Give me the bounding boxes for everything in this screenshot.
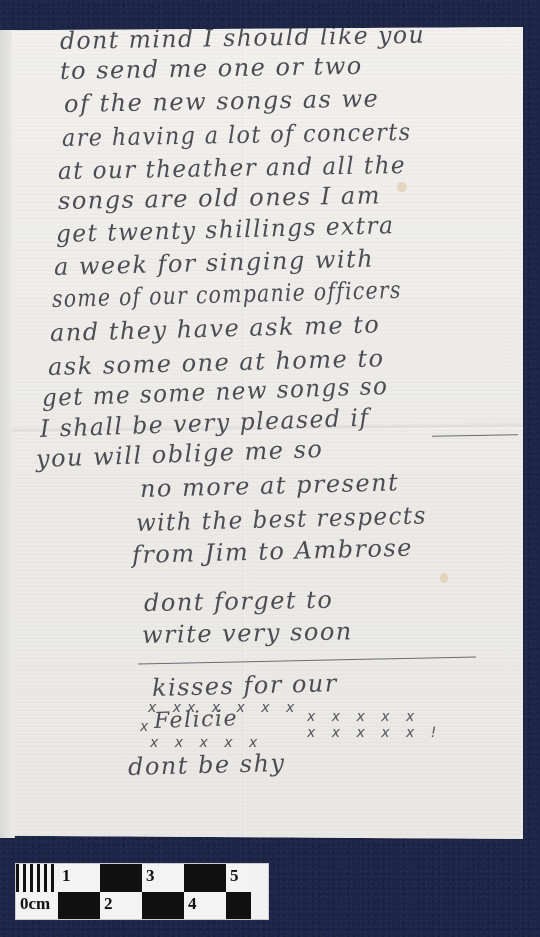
letter-line: are having a lot of concerts [62,118,412,152]
scale-cell [184,864,226,892]
letter-line: a week for singing with [54,245,375,281]
kiss-marks: x x x x x ! [307,725,442,741]
letter-line: some of our companie officers [52,276,402,313]
scale-tick-marks [16,864,58,892]
kiss-marks: x [140,719,154,735]
signature-line: from Jim to Ambrose [132,534,414,569]
scale-cell: 3 [142,864,184,892]
scale-cell: 0cm [16,892,58,920]
kisses-name: Felicie [154,706,239,734]
postscript-line: write very soon [142,617,353,649]
scale-cell [100,864,142,892]
letter-page: dont mind I should like you to send me o… [12,27,523,839]
letter-line: and they have ask me to [50,310,381,347]
scale-cell [58,892,100,920]
kisses-heading: kisses for our [152,669,338,702]
scale-cell: 2 [100,892,142,920]
line-end-stroke [432,434,518,437]
centimeter-scale-bar: 1 3 5 0cm 2 4 [15,863,269,920]
kiss-marks: x x x x x [150,735,263,751]
scale-cell: 4 [184,892,226,920]
letter-line: at our theather and all the [58,151,406,185]
kiss-marks: x x x x x [307,709,420,725]
postscript-line: dont forget to [144,586,334,617]
scale-unit-label: 0cm [20,894,50,914]
scale-cell [142,892,184,920]
scale-cell: 1 [58,864,100,892]
foxing-stain [440,573,448,583]
kisses-footer: dont be shy [128,749,286,781]
closing-line: no more at present [140,468,400,503]
underline-stroke [138,656,476,664]
foxing-stain [397,182,407,192]
letter-line: songs are old ones I am [58,181,381,215]
letter-line: dont mind I should like you [60,21,426,55]
letter-line: get twenty shillings extra [56,211,395,248]
letter-line: of the new songs as we [64,84,380,117]
scale-cell [226,892,251,920]
closing-line: with the best respects [136,501,428,537]
letter-line: to send me one or two [60,52,363,85]
scale-cell: 5 [226,864,251,892]
